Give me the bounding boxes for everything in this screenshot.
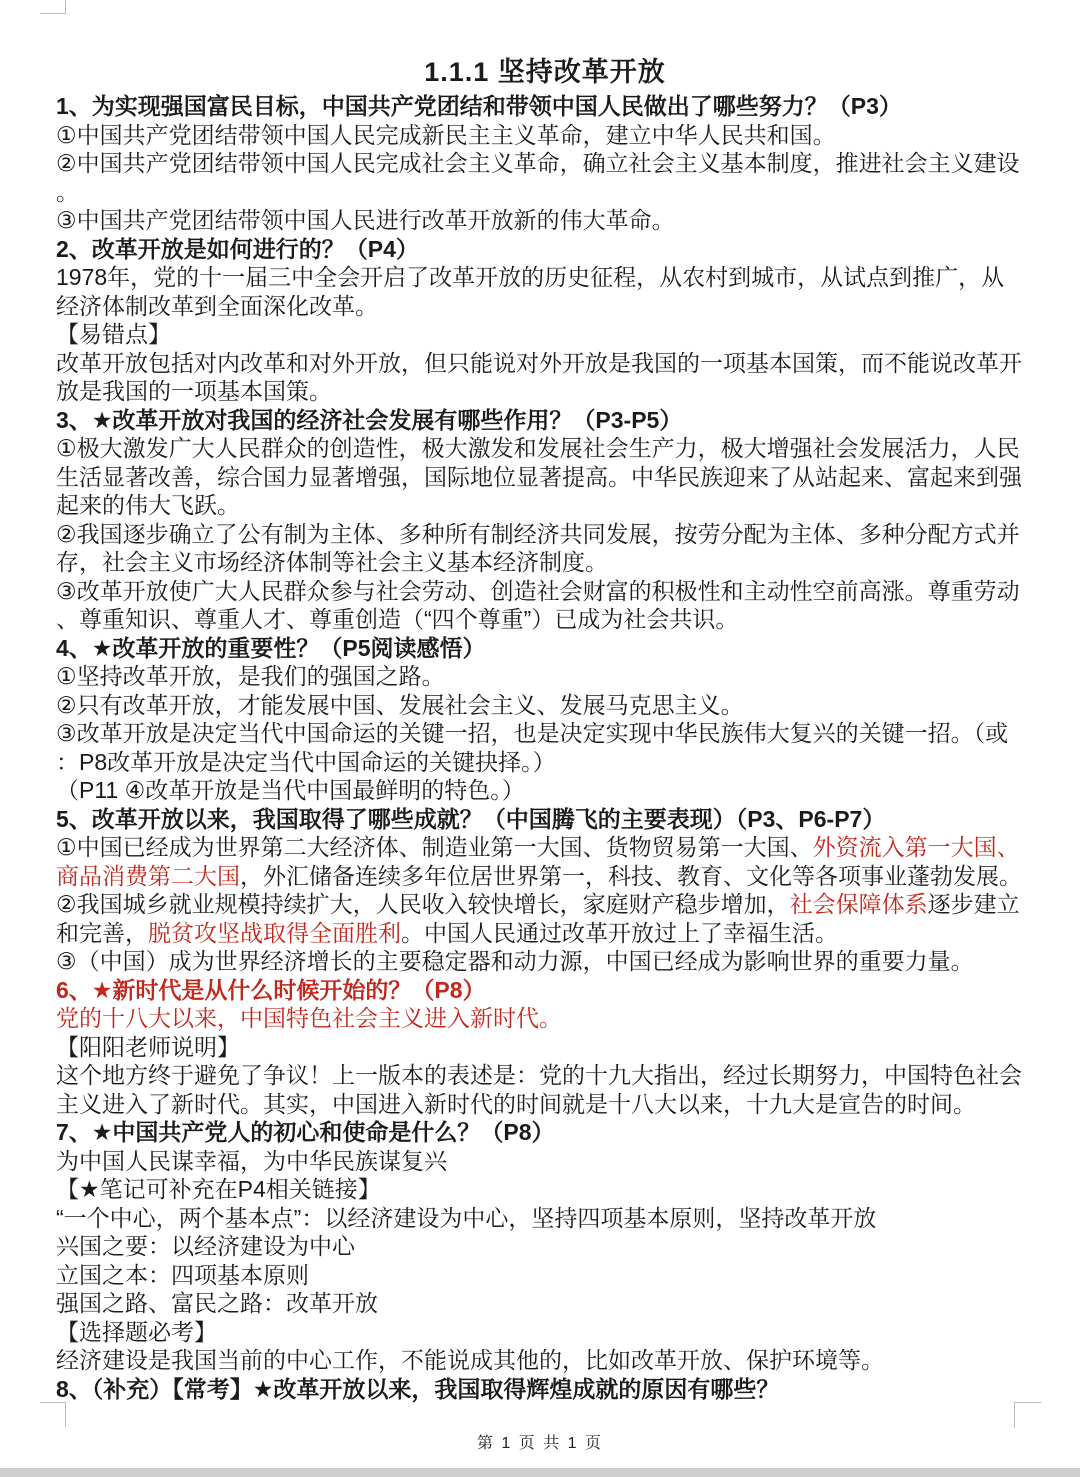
text-segment: 1、为实现强国富民目标，中国共产党团结和带领中国人民做出了哪些努力？（P3） <box>56 93 902 119</box>
text-segment: 经济建设是我国当前的中心工作，不能说成其他的，比如改革开放、保护环境等。 <box>56 1347 884 1373</box>
text-segment: 【阳阳老师说明】 <box>56 1034 240 1060</box>
text-line: 生活显著改善，综合国力显著增强，国际地位显著提高。中华民族迎来了从站起来、富起来… <box>56 463 1034 492</box>
text-segment: 社会保障体系 <box>790 891 928 917</box>
text-segment: ②我国城乡就业规模持续扩大，人民收入较快增长，家庭财产稳步增加， <box>56 891 790 917</box>
text-segment: 这个地方终于避免了争议！上一版本的表述是：党的十九大指出，经过长期努力，中国特色… <box>56 1062 1022 1088</box>
text-segment: ②只有改革开放，才能发展中国、发展社会主义、发展马克思主义。 <box>56 692 744 718</box>
text-segment: 1978年，党的十一届三中全会开启了改革开放的历史征程，从农村到城市，从试点到推… <box>56 264 1004 290</box>
bottom-edge-bar <box>0 1468 1080 1477</box>
text-line: ①极大激发广大人民群众的创造性，极大激发和发展社会生产力，极大增强社会发展活力，… <box>56 434 1034 463</box>
text-line: 这个地方终于避免了争议！上一版本的表述是：党的十九大指出，经过长期努力，中国特色… <box>56 1061 1034 1090</box>
text-segment: 。 <box>56 179 79 205</box>
text-segment: ①极大激发广大人民群众的创造性，极大激发和发展社会生产力，极大增强社会发展活力，… <box>56 435 1020 461</box>
text-segment: 5、改革开放以来，我国取得了哪些成就？（中国腾飞的主要表现）（P3、P6-P7） <box>56 806 885 832</box>
text-segment: 8、（补充）【常考】★改革开放以来，我国取得辉煌成就的原因有哪些？ <box>56 1376 779 1402</box>
text-segment: 主义进入了新时代。其实，中国进入新时代的时间就是十八大以来，十九大是宣告的时间。 <box>56 1091 976 1117</box>
text-segment: ③（中国）成为世界经济增长的主要稳定器和动力源，中国已经成为影响世界的重要力量。 <box>56 948 974 974</box>
text-line: 主义进入了新时代。其实，中国进入新时代的时间就是十八大以来，十九大是宣告的时间。 <box>56 1090 1034 1119</box>
question-line: 2、改革开放是如何进行的？（P4） <box>56 235 1034 264</box>
text-line: ①坚持改革开放，是我们的强国之路。 <box>56 662 1034 691</box>
text-line: ③中国共产党团结带领中国人民进行改革开放新的伟大革命。 <box>56 206 1034 235</box>
text-segment: ③改革开放是决定当代中国命运的关键一招，也是决定实现中华民族伟大复兴的关键一招。… <box>56 720 1008 746</box>
text-line: 经济体制改革到全面深化改革。 <box>56 292 1034 321</box>
text-line: 1978年，党的十一届三中全会开启了改革开放的历史征程，从农村到城市，从试点到推… <box>56 263 1034 292</box>
text-segment: 外资流入第一大国、 <box>813 834 1020 860</box>
text-segment: 存，社会主义市场经济体制等社会主义基本经济制度。 <box>56 549 608 575</box>
text-segment: ②我国逐步确立了公有制为主体、多种所有制经济共同发展，按劳分配为主体、多种分配方… <box>56 521 1020 547</box>
text-line: 存，社会主义市场经济体制等社会主义基本经济制度。 <box>56 548 1034 577</box>
text-line: ③（中国）成为世界经济增长的主要稳定器和动力源，中国已经成为影响世界的重要力量。 <box>56 947 1034 976</box>
text-segment: 放是我国的一项基本国策。 <box>56 378 332 404</box>
text-line: 【易错点】 <box>56 320 1034 349</box>
text-line: 改革开放包括对内改革和对外开放，但只能说对外开放是我国的一项基本国策，而不能说改… <box>56 349 1034 378</box>
document-lines: 1、为实现强国富民目标，中国共产党团结和带领中国人民做出了哪些努力？（P3）①中… <box>56 92 1034 1403</box>
text-segment: 强国之路、富民之路：改革开放 <box>56 1290 378 1316</box>
text-line: 党的十八大以来，中国特色社会主义进入新时代。 <box>56 1004 1034 1033</box>
text-segment: 经济体制改革到全面深化改革。 <box>56 293 378 319</box>
text-segment: ③改革开放使广大人民群众参与社会劳动、创造社会财富的积极性和主动性空前高涨。尊重… <box>56 578 1020 604</box>
crop-mark-bottom-left <box>40 1402 66 1427</box>
text-line: ②中国共产党团结带领中国人民完成社会主义革命，确立社会主义基本制度，推进社会主义… <box>56 149 1034 178</box>
text-segment: 【易错点】 <box>56 321 171 347</box>
text-line: ①中国共产党团结带领中国人民完成新民主主义革命，建立中华人民共和国。 <box>56 121 1034 150</box>
text-segment: （P11 ④改革开放是当代中国最鲜明的特色。） <box>56 777 525 803</box>
text-segment: 党的十八大以来，中国特色社会主义进入新时代。 <box>56 1005 562 1031</box>
question-line: 4、★改革开放的重要性？（P5阅读感悟） <box>56 634 1034 663</box>
text-line: ：P8改革开放是决定当代中国命运的关键抉择。） <box>56 748 1034 777</box>
question-line: 3、★改革开放对我国的经济社会发展有哪些作用？（P3-P5） <box>56 406 1034 435</box>
text-line: 为中国人民谋幸福，为中华民族谋复兴 <box>56 1147 1034 1176</box>
text-segment: 改革开放包括对内改革和对外开放，但只能说对外开放是我国的一项基本国策，而不能说改… <box>56 350 1022 376</box>
question-line: 1、为实现强国富民目标，中国共产党团结和带领中国人民做出了哪些努力？（P3） <box>56 92 1034 121</box>
text-segment: 逐步建立 <box>928 891 1020 917</box>
text-line: 、尊重知识、尊重人才、尊重创造（“四个尊重”）已成为社会共识。 <box>56 605 1034 634</box>
text-segment: 6、★新时代是从什么时候开始的？（P8） <box>56 977 486 1003</box>
document-body: 1.1.1 坚持改革开放 1、为实现强国富民目标，中国共产党团结和带领中国人民做… <box>0 0 1080 1403</box>
text-segment: 【选择题必考】 <box>56 1319 217 1345</box>
text-line: ③改革开放是决定当代中国命运的关键一招，也是决定实现中华民族伟大复兴的关键一招。… <box>56 719 1034 748</box>
text-line: ③改革开放使广大人民群众参与社会劳动、创造社会财富的积极性和主动性空前高涨。尊重… <box>56 577 1034 606</box>
text-segment: 7、★中国共产党人的初心和使命是什么？（P8） <box>56 1119 555 1145</box>
text-segment: ①坚持改革开放，是我们的强国之路。 <box>56 663 445 689</box>
text-segment: 兴国之要：以经济建设为中心 <box>56 1233 355 1259</box>
text-line: ②我国城乡就业规模持续扩大，人民收入较快增长，家庭财产稳步增加，社会保障体系逐步… <box>56 890 1034 919</box>
text-line: 兴国之要：以经济建设为中心 <box>56 1232 1034 1261</box>
text-segment: 【★笔记可补充在P4相关链接】 <box>56 1176 381 1202</box>
text-segment: ②中国共产党团结带领中国人民完成社会主义革命，确立社会主义基本制度，推进社会主义… <box>56 150 1020 176</box>
text-line: ②我国逐步确立了公有制为主体、多种所有制经济共同发展，按劳分配为主体、多种分配方… <box>56 520 1034 549</box>
text-segment: 商品消费第二大国 <box>56 863 240 889</box>
text-segment: ：P8改革开放是决定当代中国命运的关键抉择。） <box>56 749 556 775</box>
text-segment: 脱贫攻坚战取得全面胜利 <box>148 920 401 946</box>
text-line: 【★笔记可补充在P4相关链接】 <box>56 1175 1034 1204</box>
text-line: 商品消费第二大国，外汇储备连续多年位居世界第一，科技、教育、文化等各项事业蓬勃发… <box>56 862 1034 891</box>
text-segment: 为中国人民谋幸福，为中华民族谋复兴 <box>56 1148 447 1174</box>
text-line: 强国之路、富民之路：改革开放 <box>56 1289 1034 1318</box>
text-segment: ，外汇储备连续多年位居世界第一，科技、教育、文化等各项事业蓬勃发展。 <box>240 863 1022 889</box>
page-number: 第 1 页 共 1 页 <box>0 1430 1080 1453</box>
crop-mark-top-left <box>40 0 66 14</box>
text-line: “一个中心，两个基本点”：以经济建设为中心，坚持四项基本原则，坚持改革开放 <box>56 1204 1034 1233</box>
question-line: 7、★中国共产党人的初心和使命是什么？（P8） <box>56 1118 1034 1147</box>
text-segment: 3、★改革开放对我国的经济社会发展有哪些作用？（P3-P5） <box>56 407 682 433</box>
text-segment: 立国之本：四项基本原则 <box>56 1262 309 1288</box>
document-page: 1.1.1 坚持改革开放 1、为实现强国富民目标，中国共产党团结和带领中国人民做… <box>0 0 1080 1477</box>
text-line: 起来的伟大飞跃。 <box>56 491 1034 520</box>
text-line: 放是我国的一项基本国策。 <box>56 377 1034 406</box>
crop-mark-bottom-right <box>1014 1402 1041 1428</box>
text-line: （P11 ④改革开放是当代中国最鲜明的特色。） <box>56 776 1034 805</box>
text-segment: ③中国共产党团结带领中国人民进行改革开放新的伟大革命。 <box>56 207 675 233</box>
text-line: 【选择题必考】 <box>56 1318 1034 1347</box>
text-segment: ①中国共产党团结带领中国人民完成新民主主义革命，建立中华人民共和国。 <box>56 122 836 148</box>
text-line: 立国之本：四项基本原则 <box>56 1261 1034 1290</box>
text-segment: 。中国人民通过改革开放过上了幸福生活。 <box>401 920 838 946</box>
text-line: 【阳阳老师说明】 <box>56 1033 1034 1062</box>
page-title: 1.1.1 坚持改革开放 <box>56 56 1034 88</box>
text-segment: 2、改革开放是如何进行的？（P4） <box>56 236 419 262</box>
text-line: 和完善，脱贫攻坚战取得全面胜利。中国人民通过改革开放过上了幸福生活。 <box>56 919 1034 948</box>
question-line: 8、（补充）【常考】★改革开放以来，我国取得辉煌成就的原因有哪些？ <box>56 1375 1034 1404</box>
text-segment: 起来的伟大飞跃。 <box>56 492 240 518</box>
question-line: 5、改革开放以来，我国取得了哪些成就？（中国腾飞的主要表现）（P3、P6-P7） <box>56 805 1034 834</box>
text-line: 经济建设是我国当前的中心工作，不能说成其他的，比如改革开放、保护环境等。 <box>56 1346 1034 1375</box>
text-segment: 和完善， <box>56 920 148 946</box>
text-line: ①中国已经成为世界第二大经济体、制造业第一大国、货物贸易第一大国、外资流入第一大… <box>56 833 1034 862</box>
text-line: 。 <box>56 178 1034 207</box>
text-segment: 、尊重知识、尊重人才、尊重创造（“四个尊重”）已成为社会共识。 <box>56 606 738 632</box>
text-segment: ①中国已经成为世界第二大经济体、制造业第一大国、货物贸易第一大国、 <box>56 834 813 860</box>
text-segment: 4、★改革开放的重要性？（P5阅读感悟） <box>56 635 486 661</box>
question-line: 6、★新时代是从什么时候开始的？（P8） <box>56 976 1034 1005</box>
text-line: ②只有改革开放，才能发展中国、发展社会主义、发展马克思主义。 <box>56 691 1034 720</box>
text-segment: 生活显著改善，综合国力显著增强，国际地位显著提高。中华民族迎来了从站起来、富起来… <box>56 464 1022 490</box>
text-segment: “一个中心，两个基本点”：以经济建设为中心，坚持四项基本原则，坚持改革开放 <box>56 1205 876 1231</box>
